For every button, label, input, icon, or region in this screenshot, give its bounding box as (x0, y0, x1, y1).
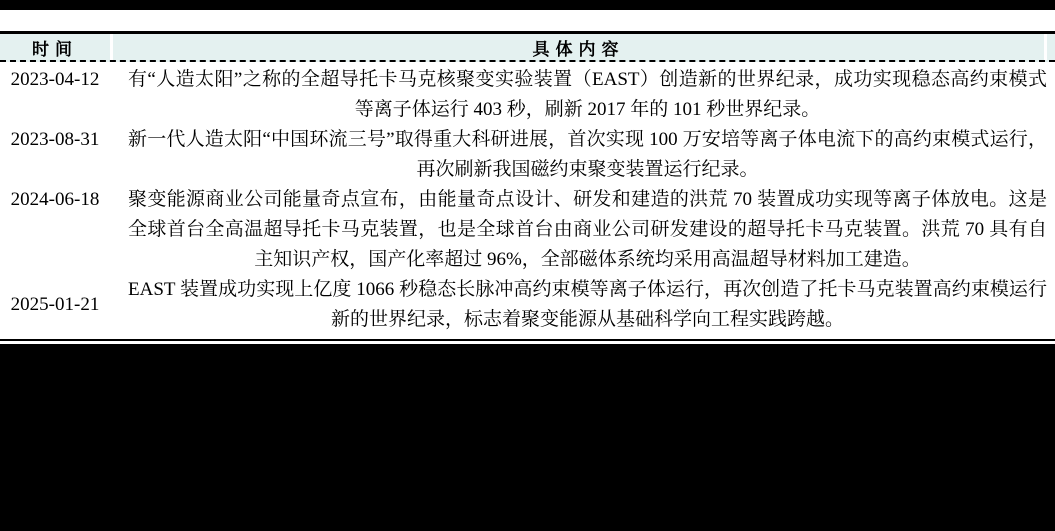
row-content: 有“人造太阳”之称的全超导托卡马克核聚变实验装置（EAST）创造新的世界纪录，成… (110, 65, 1055, 125)
table-header-row: 时间 具体内容 (0, 34, 1055, 62)
row-content: EAST 装置成功实现上亿度 1066 秒稳态长脉冲高约束模等离子体运行，再次创… (110, 275, 1055, 335)
row-date: 2024-06-18 (0, 185, 110, 215)
row-date: 2023-08-31 (0, 125, 110, 155)
header-cell-time: 时间 (0, 34, 110, 60)
timeline-table: 时间 具体内容 2023-04-12 有“人造太阳”之称的全超导托卡马克核聚变实… (0, 31, 1055, 341)
row-date: 2023-04-12 (0, 65, 110, 95)
table-row: 2023-08-31 新一代人造太阳“中国环流三号”取得重大科研进展，首次实现 … (0, 125, 1055, 185)
table-row: 2025-01-21 EAST 装置成功实现上亿度 1066 秒稳态长脉冲高约束… (0, 275, 1055, 335)
table-row: 2023-04-12 有“人造太阳”之称的全超导托卡马克核聚变实验装置（EAST… (0, 65, 1055, 125)
header-cell-content: 具体内容 (113, 34, 1044, 60)
row-content: 聚变能源商业公司能量奇点宣布，由能量奇点设计、研发和建造的洪荒 70 装置成功实… (110, 185, 1055, 275)
document-page: 时间 具体内容 2023-04-12 有“人造太阳”之称的全超导托卡马克核聚变实… (0, 10, 1055, 344)
table-body: 2023-04-12 有“人造太阳”之称的全超导托卡马克核聚变实验装置（EAST… (0, 62, 1055, 339)
row-date: 2025-01-21 (0, 290, 110, 320)
row-content: 新一代人造太阳“中国环流三号”取得重大科研进展，首次实现 100 万安培等离子体… (110, 125, 1055, 185)
table-row: 2024-06-18 聚变能源商业公司能量奇点宣布，由能量奇点设计、研发和建造的… (0, 185, 1055, 275)
header-edge-stub (1047, 34, 1055, 60)
